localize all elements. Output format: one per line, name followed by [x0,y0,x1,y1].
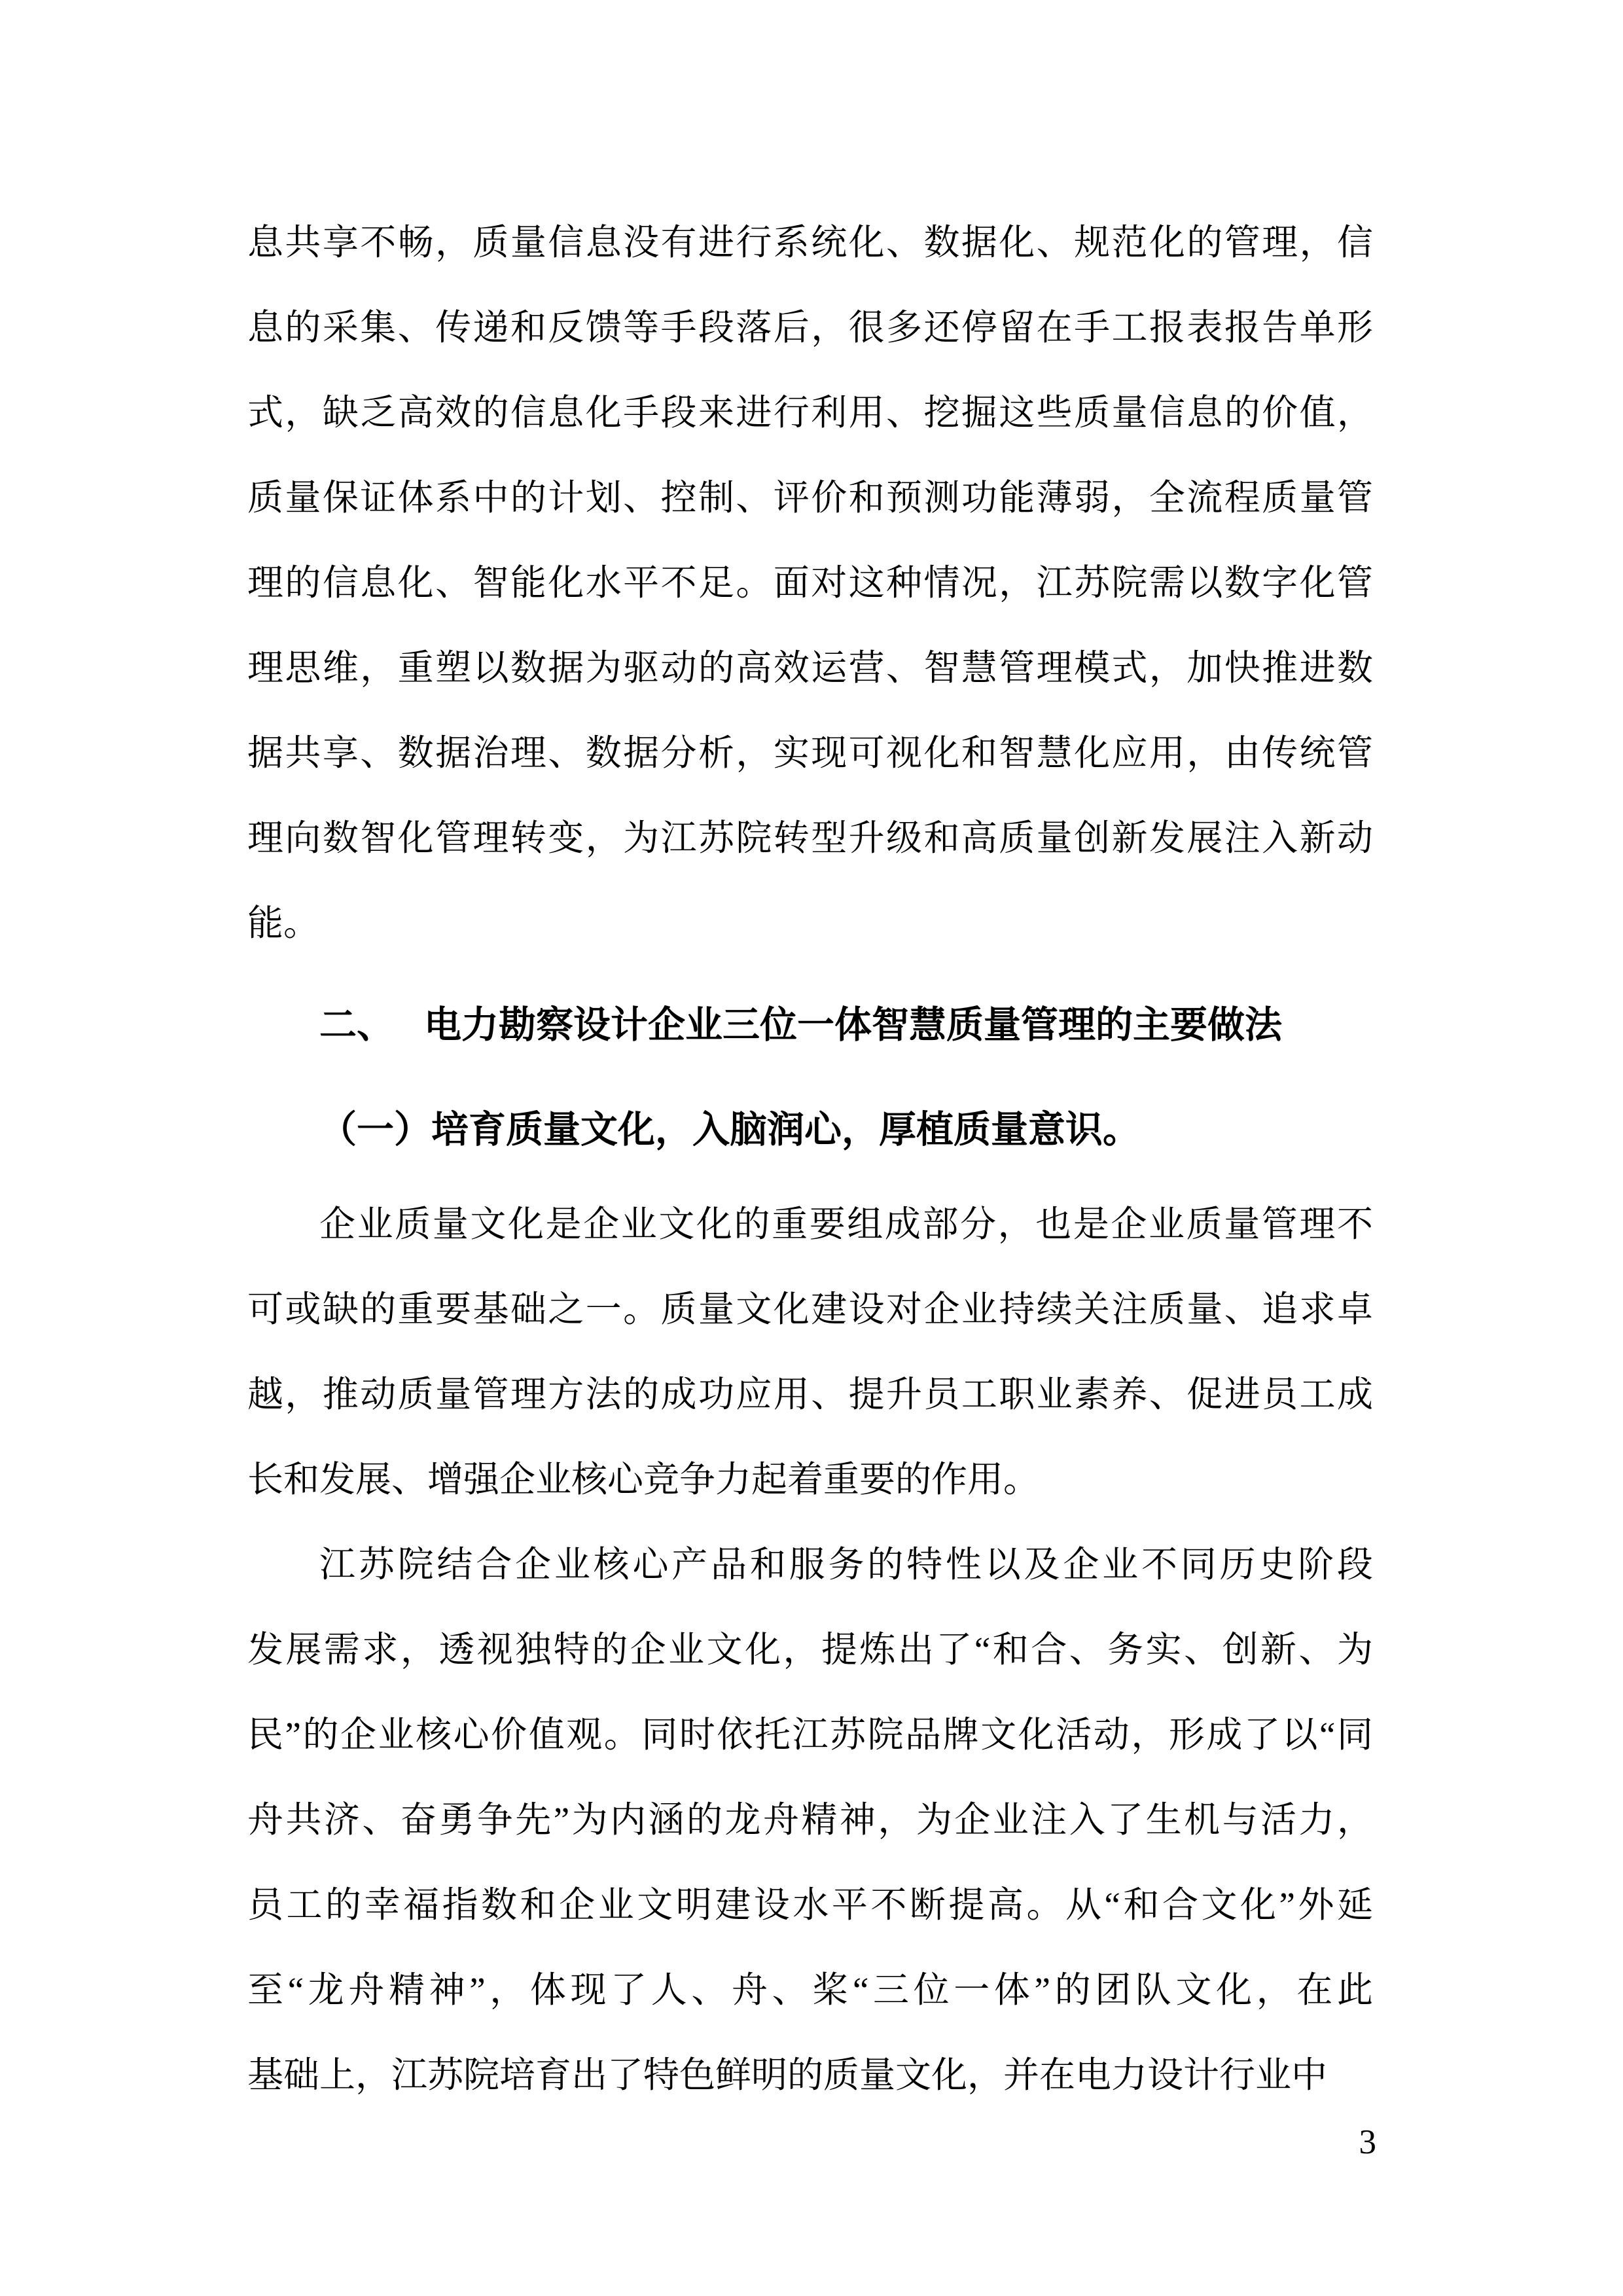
text-line: 舟共济、奋勇争先”为内涵的龙舟精神，为企业注入了生机与活力， [247,1778,1373,1863]
subsection-heading-text: （一）培育质量文化，入脑润心，厚植质量意识。 [319,1109,1140,1151]
text-line: 企业质量文化是企业文化的重要组成部分，也是企业质量管理不 [247,1182,1373,1267]
text-line: 越，推动质量管理方法的成功应用、提升员工职业素养、促进员工成 [247,1352,1373,1437]
text-line: 理的信息化、智能化水平不足。面对这种情况，江苏院需以数字化管 [247,541,1373,626]
text-line: 质量保证体系中的计划、控制、评价和预测功能薄弱，全流程质量管 [247,456,1373,541]
text-line: 息共享不畅，质量信息没有进行系统化、数据化、规范化的管理，信 [247,200,1373,285]
subsection-heading-2-1: （一）培育质量文化，入脑润心，厚植质量意识。 [247,1077,1373,1182]
text-line: 据共享、数据治理、数据分析，实现可视化和智慧化应用，由传统管 [247,711,1373,796]
paragraph-quality-culture: 企业质量文化是企业文化的重要组成部分，也是企业质量管理不 可或缺的重要基础之一。… [247,1182,1373,1522]
section-heading-number: 二、 [319,1004,394,1046]
page-body: 息共享不畅，质量信息没有进行系统化、数据化、规范化的管理，信 息的采集、传递和反… [247,200,1373,2118]
text-line: 江苏院结合企业核心产品和服务的特性以及企业不同历史阶段 [247,1522,1373,1607]
text-line: 员工的幸福指数和企业文明建设水平不断提高。从“和合文化”外延 [247,1863,1373,1948]
text-line: 至“龙舟精神”，体现了人、舟、桨“三位一体”的团队文化，在此 [247,1948,1373,2033]
text-line: 可或缺的重要基础之一。质量文化建设对企业持续关注质量、追求卓 [247,1267,1373,1352]
section-heading-2: 二、电力勘察设计企业三位一体智慧质量管理的主要做法 [247,973,1373,1077]
text-line: 息的采集、传递和反馈等手段落后，很多还停留在手工报表报告单形 [247,285,1373,370]
paragraph-continued-from-previous-page: 息共享不畅，质量信息没有进行系统化、数据化、规范化的管理，信 息的采集、传递和反… [247,200,1373,966]
paragraph-jiangsu-institute-culture: 江苏院结合企业核心产品和服务的特性以及企业不同历史阶段 发展需求，透视独特的企业… [247,1522,1373,2118]
text-line: 民”的企业核心价值观。同时依托江苏院品牌文化活动，形成了以“同 [247,1693,1373,1778]
document-page: 息共享不畅，质量信息没有进行系统化、数据化、规范化的管理，信 息的采集、传递和反… [0,0,1623,2296]
text-line: 长和发展、增强企业核心竞争力起着重要的作用。 [247,1437,1373,1522]
text-line: 基础上，江苏院培育出了特色鲜明的质量文化，并在电力设计行业中 [247,2033,1373,2118]
text-line: 理向数智化管理转变，为江苏院转型升级和高质量创新发展注入新动 [247,796,1373,881]
page-number: 3 [1359,2123,1377,2162]
section-heading-title: 电力勘察设计企业三位一体智慧质量管理的主要做法 [424,1004,1282,1046]
text-line: 式，缺乏高效的信息化手段来进行利用、挖掘这些质量信息的价值， [247,370,1373,456]
text-line: 理思维，重塑以数据为驱动的高效运营、智慧管理模式，加快推进数 [247,626,1373,711]
text-line: 发展需求，透视独特的企业文化，提炼出了“和合、务实、创新、为 [247,1607,1373,1693]
text-line: 能。 [247,881,1373,966]
